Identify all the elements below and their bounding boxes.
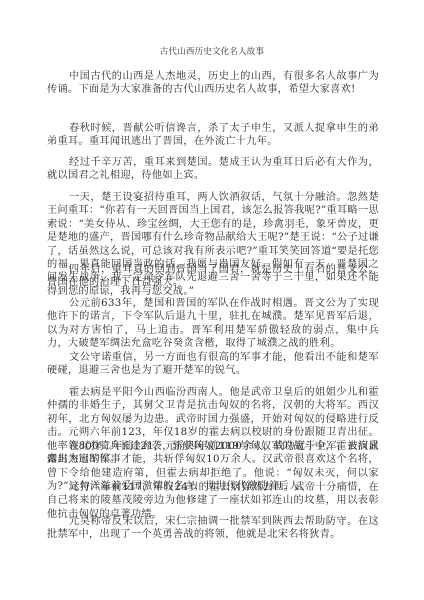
paragraph-duke-wen: 四年后，重耳真的回到晋国当了国君，就是历史上有名的晋文公。晋国在他的治理下日益强…	[47, 263, 379, 290]
paragraph-keeping-promise: 文公守诺重信，另一方面也有很高的军事才能，他看出不能和楚军硬碰，退避三舍也是为了…	[47, 351, 379, 378]
paragraph-intro: 中国古代的山西是人杰地灵，历史上的山西，有很多名人故事广为传诵。下面是为大家准备…	[47, 70, 379, 97]
paragraph-chonger-exile: 春秋时候，晋献公听信谗言，杀了太子申生，又派人捉拿申生的弟弟重耳。重耳闻讯逃出了…	[47, 122, 379, 149]
paragraph-chonger-chu: 经过千辛万苦，重耳来到楚国。楚成王认为重耳日后必有大作为，就以国君之礼相迎，待他…	[47, 156, 379, 183]
paragraph-chengpu: 公元前633年，楚国和晋国的军队在作战时相遇。晋文公为了实现他许下的诺言，下令军…	[47, 297, 379, 351]
document-page: 古代山西历史文化名人故事 中国古代的山西是人杰地灵，历史上的山西，有很多名人故事…	[0, 0, 424, 600]
document-title: 古代山西历史文化名人故事	[0, 46, 424, 58]
paragraph-di-qing: 元昊称帝反宋以后，宋仁宗抽调一批禁军到陕西去帮助防守。在这批禁军中，出现了一个英…	[47, 515, 379, 542]
